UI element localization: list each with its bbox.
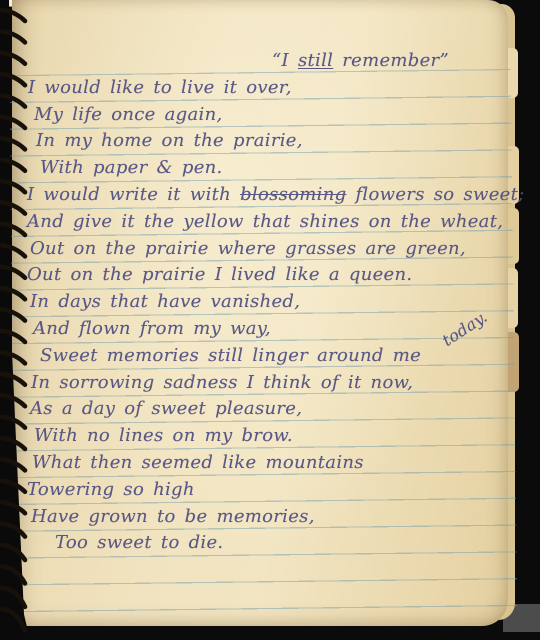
poem-line: And give it the yellow that shines on th… [27,211,503,232]
spiral-coil-icon [2,374,25,385]
spiral-coil-icon [2,203,25,214]
spiral-coil-icon [2,117,25,128]
poem-line: Towering so high [27,479,195,500]
spiral-coil-icon [2,588,25,607]
spiral-coil-icon [2,524,25,537]
spiral-coil-icon [2,224,25,235]
spiral-coil-icon [2,267,25,278]
spiral-coil-icon [2,310,25,321]
spiral-coil-icon [2,245,25,256]
handwritten-poem: “I still remember” I would like to live … [0,0,540,640]
spiral-coil-icon [2,10,25,21]
spiral-coil-icon [2,352,25,363]
spiral-coil-icon [2,459,25,470]
spiral-coil-icon [2,31,25,42]
poem-line: Out on the prairie where grasses are gre… [30,238,466,259]
spiral-coil-icon [2,181,25,192]
poem-line: Have grown to be memories, [31,506,315,527]
poem-line: Too sweet to die. [55,532,223,553]
poem-line: In my home on the prairie, [36,130,303,151]
poem-line: Sweet memories still linger around me [40,345,421,366]
poem-line: I would like to live it over, [28,77,292,98]
notebook-photo: “I still remember” I would like to live … [0,0,540,640]
poem-line: And flown from my way, [33,318,271,339]
spiral-coil-icon [2,566,25,583]
spiral-coil-icon [2,160,25,171]
poem-title: “I still remember” [272,50,449,71]
poem-line: In sorrowing sadness I think of it now, [31,372,413,393]
poem-line: Out on the prairie I lived like a queen. [27,264,412,285]
spiral-coil-icon [2,545,25,560]
poem-line: My life once again, [34,104,223,125]
poem-line: With no lines on my brow. [34,425,293,446]
poem-line: With paper & pen. [40,157,223,178]
spiral-coil-icon [2,74,25,85]
spiral-coil-icon [2,331,25,342]
spiral-coil-icon [2,288,25,299]
spiral-binding [0,0,40,640]
spiral-coil-icon [2,438,25,449]
spiral-coil-icon [2,53,25,64]
spiral-coil-icon [2,395,25,406]
spiral-coil-icon [2,96,25,107]
poem-line: What then seemed like mountains [32,452,364,473]
poem-line: In days that have vanished, [30,291,300,312]
poem-line: I would write it with blossoming flowers… [27,184,525,205]
spiral-coil-icon [2,502,25,513]
spiral-coil-icon [2,138,25,149]
poem-annotation-today: today. [439,307,491,350]
poem-line: As a day of sweet pleasure, [30,398,302,419]
spiral-coil-icon [2,481,25,492]
spiral-coil-icon [2,609,25,630]
spiral-coil-icon [2,417,25,428]
